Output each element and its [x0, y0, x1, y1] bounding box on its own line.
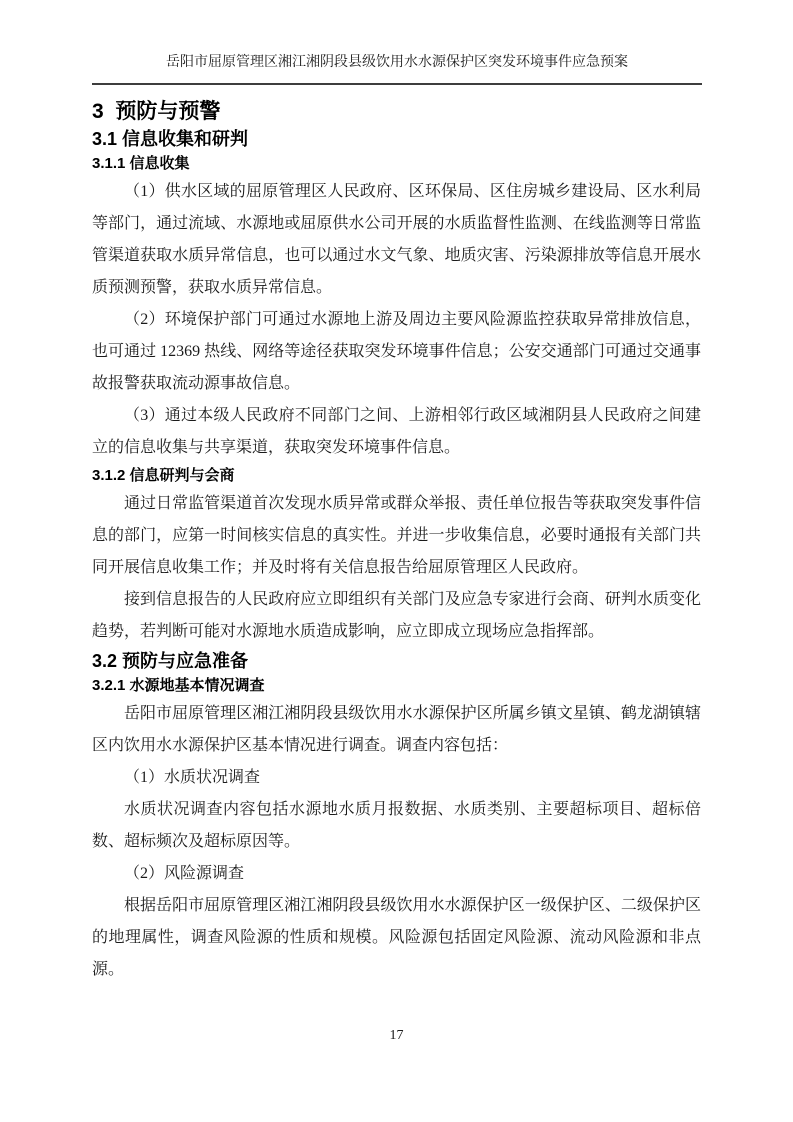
paragraph-info-collection-1: （1）供水区域的屈原管理区人民政府、区环保局、区住房城乡建设局、区水利局等部门，… [92, 176, 701, 304]
section-3-2-1-heading: 3.2.1 水源地基本情况调查 [92, 674, 701, 698]
section-3-1-heading: 3.1 信息收集和研判 [92, 126, 701, 152]
page-number: 17 [390, 1028, 404, 1043]
paragraph-info-judgement-2: 接到信息报告的人民政府应立即组织有关部门及应急专家进行会商、研判水质变化趋势，若… [92, 584, 701, 648]
page-footer: 17 [0, 1026, 793, 1046]
document-page: 岳阳市屈原管理区湘江湘阴段县级饮用水水源保护区突发环境事件应急预案 3 预防与预… [0, 0, 793, 1122]
page-content: 3 预防与预警 3.1 信息收集和研判 3.1.1 信息收集 （1）供水区域的屈… [92, 0, 701, 986]
paragraph-water-quality-survey: 水质状况调查内容包括水源地水质月报数据、水质类别、主要超标项目、超标倍数、超标频… [92, 794, 701, 858]
list-item-risk-source-survey: （2）风险源调查 [92, 858, 701, 890]
section-3-1-1-heading: 3.1.1 信息收集 [92, 152, 701, 176]
list-item-water-quality-survey: （1）水质状况调查 [92, 762, 701, 794]
paragraph-info-collection-3: （3）通过本级人民政府不同部门之间、上游相邻行政区域湘阴县人民政府之间建立的信息… [92, 400, 701, 464]
section-3-2-heading: 3.2 预防与应急准备 [92, 648, 701, 674]
paragraph-info-collection-2: （2）环境保护部门可通过水源地上游及周边主要风险源监控获取异常排放信息，也可通过… [92, 304, 701, 400]
paragraph-survey-intro: 岳阳市屈原管理区湘江湘阴段县级饮用水水源保护区所属乡镇文星镇、鹤龙湖镇辖区内饮用… [92, 698, 701, 762]
section-3-1-2-heading: 3.1.2 信息研判与会商 [92, 464, 701, 488]
paragraph-risk-source-survey: 根据岳阳市屈原管理区湘江湘阴段县级饮用水水源保护区一级保护区、二级保护区的地理属… [92, 890, 701, 986]
chapter-heading: 3 预防与预警 [92, 98, 701, 126]
paragraph-info-judgement-1: 通过日常监管渠道首次发现水质异常或群众举报、责任单位报告等获取突发事件信息的部门… [92, 488, 701, 584]
